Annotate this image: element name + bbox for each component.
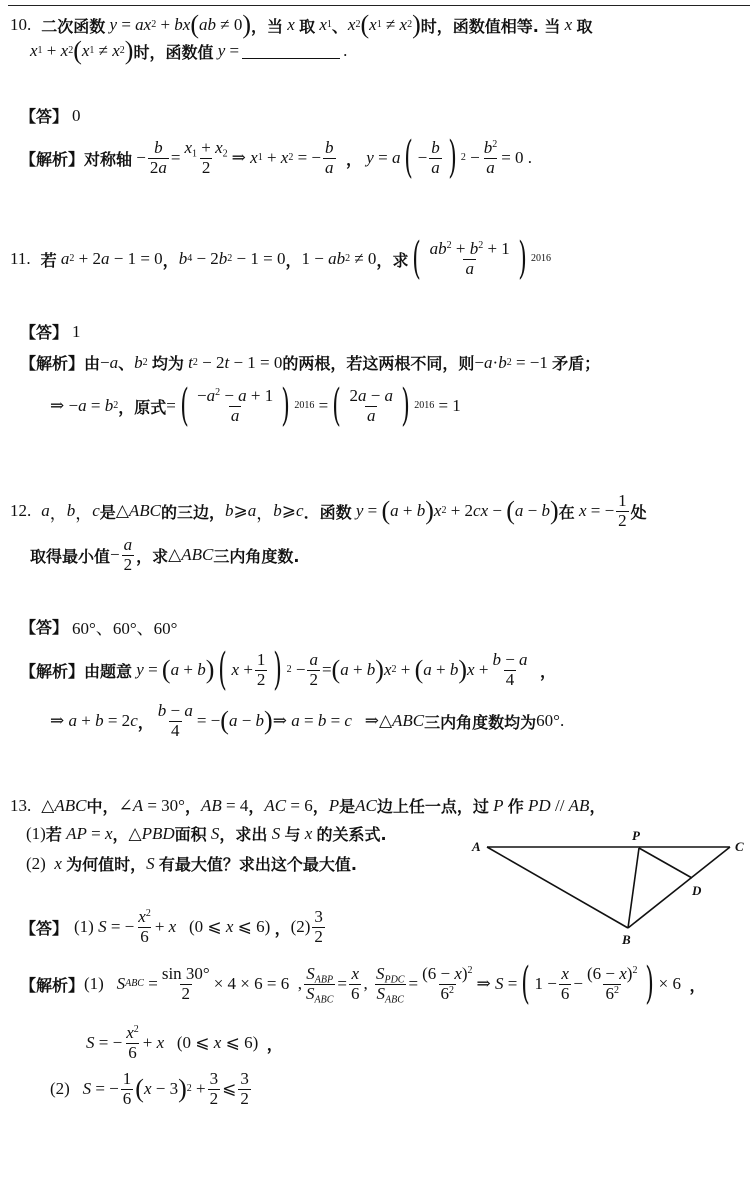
analysis-label: 【解析】 — [20, 147, 84, 170]
problem-13-analysis-line2: S = − x26 + x (0 ⩽ x ⩽ 6) ， — [86, 1024, 283, 1062]
label-D: D — [691, 883, 702, 898]
problem-13-part1: (1) 若 AP = x ， △PBD 面积 S ，求出 S 与 x 的关系式. — [26, 822, 387, 845]
analysis-label: 【解析】 — [20, 659, 84, 682]
problem-13-stem-line1: 13. △ABC 中， ∠A = 30° ， AB = 4 ， AC = 6 ，… — [10, 794, 605, 817]
problem-10-stem-line1: 10. 二次函数 y = ax2 + bx(ab ≠ 0) ，当 x 取 x1 … — [10, 12, 592, 38]
triangle-diagram: A P C D B — [460, 820, 750, 950]
problem-12-stem-line2: 取得最小值 −a2 ，求 △ABC 三内角度数. — [30, 536, 299, 574]
problem-11-analysis-line1: 【解析】 由 −a 、 b2 均为 t2 − 2t − 1 = 0 的两根，若这… — [20, 351, 600, 374]
label-A: A — [471, 839, 481, 854]
label-B: B — [621, 932, 631, 947]
problem-12-analysis-line1: 【解析】 由题意 y = (a + b) (x +12)2 −a2 =(a + … — [20, 648, 556, 692]
problem-11-analysis-line2: ⇒ −a = b2 ，原式 = ( −a2 − a + 1a )2016 = (… — [50, 384, 461, 428]
problem-13-part2: (2) x 为何值时， S 有最大值？求出这个最大值. — [26, 852, 357, 875]
answer-label: 【答】 — [20, 320, 68, 343]
problem-number: 10. — [10, 15, 31, 35]
top-rule — [8, 5, 750, 6]
answer-label: 【答】 — [20, 916, 68, 939]
problem-10-analysis: 【解析】 对称轴 − b2a = x1 + x22 ⇒ x1 + x2 = − … — [20, 136, 532, 180]
problem-12-stem-line1: 12. a，b，c 是 △ABC 的三边， b⩾a，b⩾c ．函数 y = (a… — [10, 492, 647, 530]
segment-PD — [639, 848, 692, 878]
analysis-label: 【解析】 — [20, 973, 84, 996]
problem-10-answer: 【答】 0 — [20, 104, 81, 127]
problem-10-stem-line2: x1 + x2(x1 ≠ x2) 时，函数值 y = . — [30, 38, 347, 64]
problem-12-answer: 【答】 60°、60°、60° — [20, 614, 177, 639]
problem-13-analysis-line3: (2) S = − 16 (x − 3)2 + 32 ⩽ 32 — [50, 1070, 253, 1108]
segment-BC — [628, 847, 730, 928]
answer-value: 1 — [72, 322, 81, 342]
answer-label: 【答】 — [20, 615, 68, 638]
problem-12-analysis-line2: ⇒ a + b = 2c ， b − a4 = −(a − b)⇒ a = b … — [50, 702, 564, 740]
answer-blank — [242, 44, 340, 59]
problem-number: 13. — [10, 796, 31, 816]
analysis-label: 【解析】 — [20, 351, 84, 374]
answer-value: 60°、60°、60° — [72, 614, 177, 639]
label-P: P — [632, 828, 641, 843]
problem-11-answer: 【答】 1 — [20, 320, 81, 343]
problem-13-answer: 【答】 (1) S = − x26 + x (0 ⩽ x ⩽ 6) ， (2) … — [20, 908, 327, 946]
segment-PB — [628, 848, 639, 928]
problem-number: 11. — [10, 249, 31, 269]
answer-label: 【答】 — [20, 104, 68, 127]
problem-number: 12. — [10, 501, 31, 521]
segment-AB — [487, 847, 628, 928]
label-C: C — [735, 839, 744, 854]
problem-13-analysis-line1: 【解析】 (1) SABC = sin 30°2 × 4 × 6 = 6 , S… — [20, 962, 705, 1006]
answer-value: 0 — [72, 106, 81, 126]
problem-11-stem: 11. 若 a2 + 2a − 1 = 0 ， b4 − 2b2 − 1 = 0… — [10, 237, 551, 281]
